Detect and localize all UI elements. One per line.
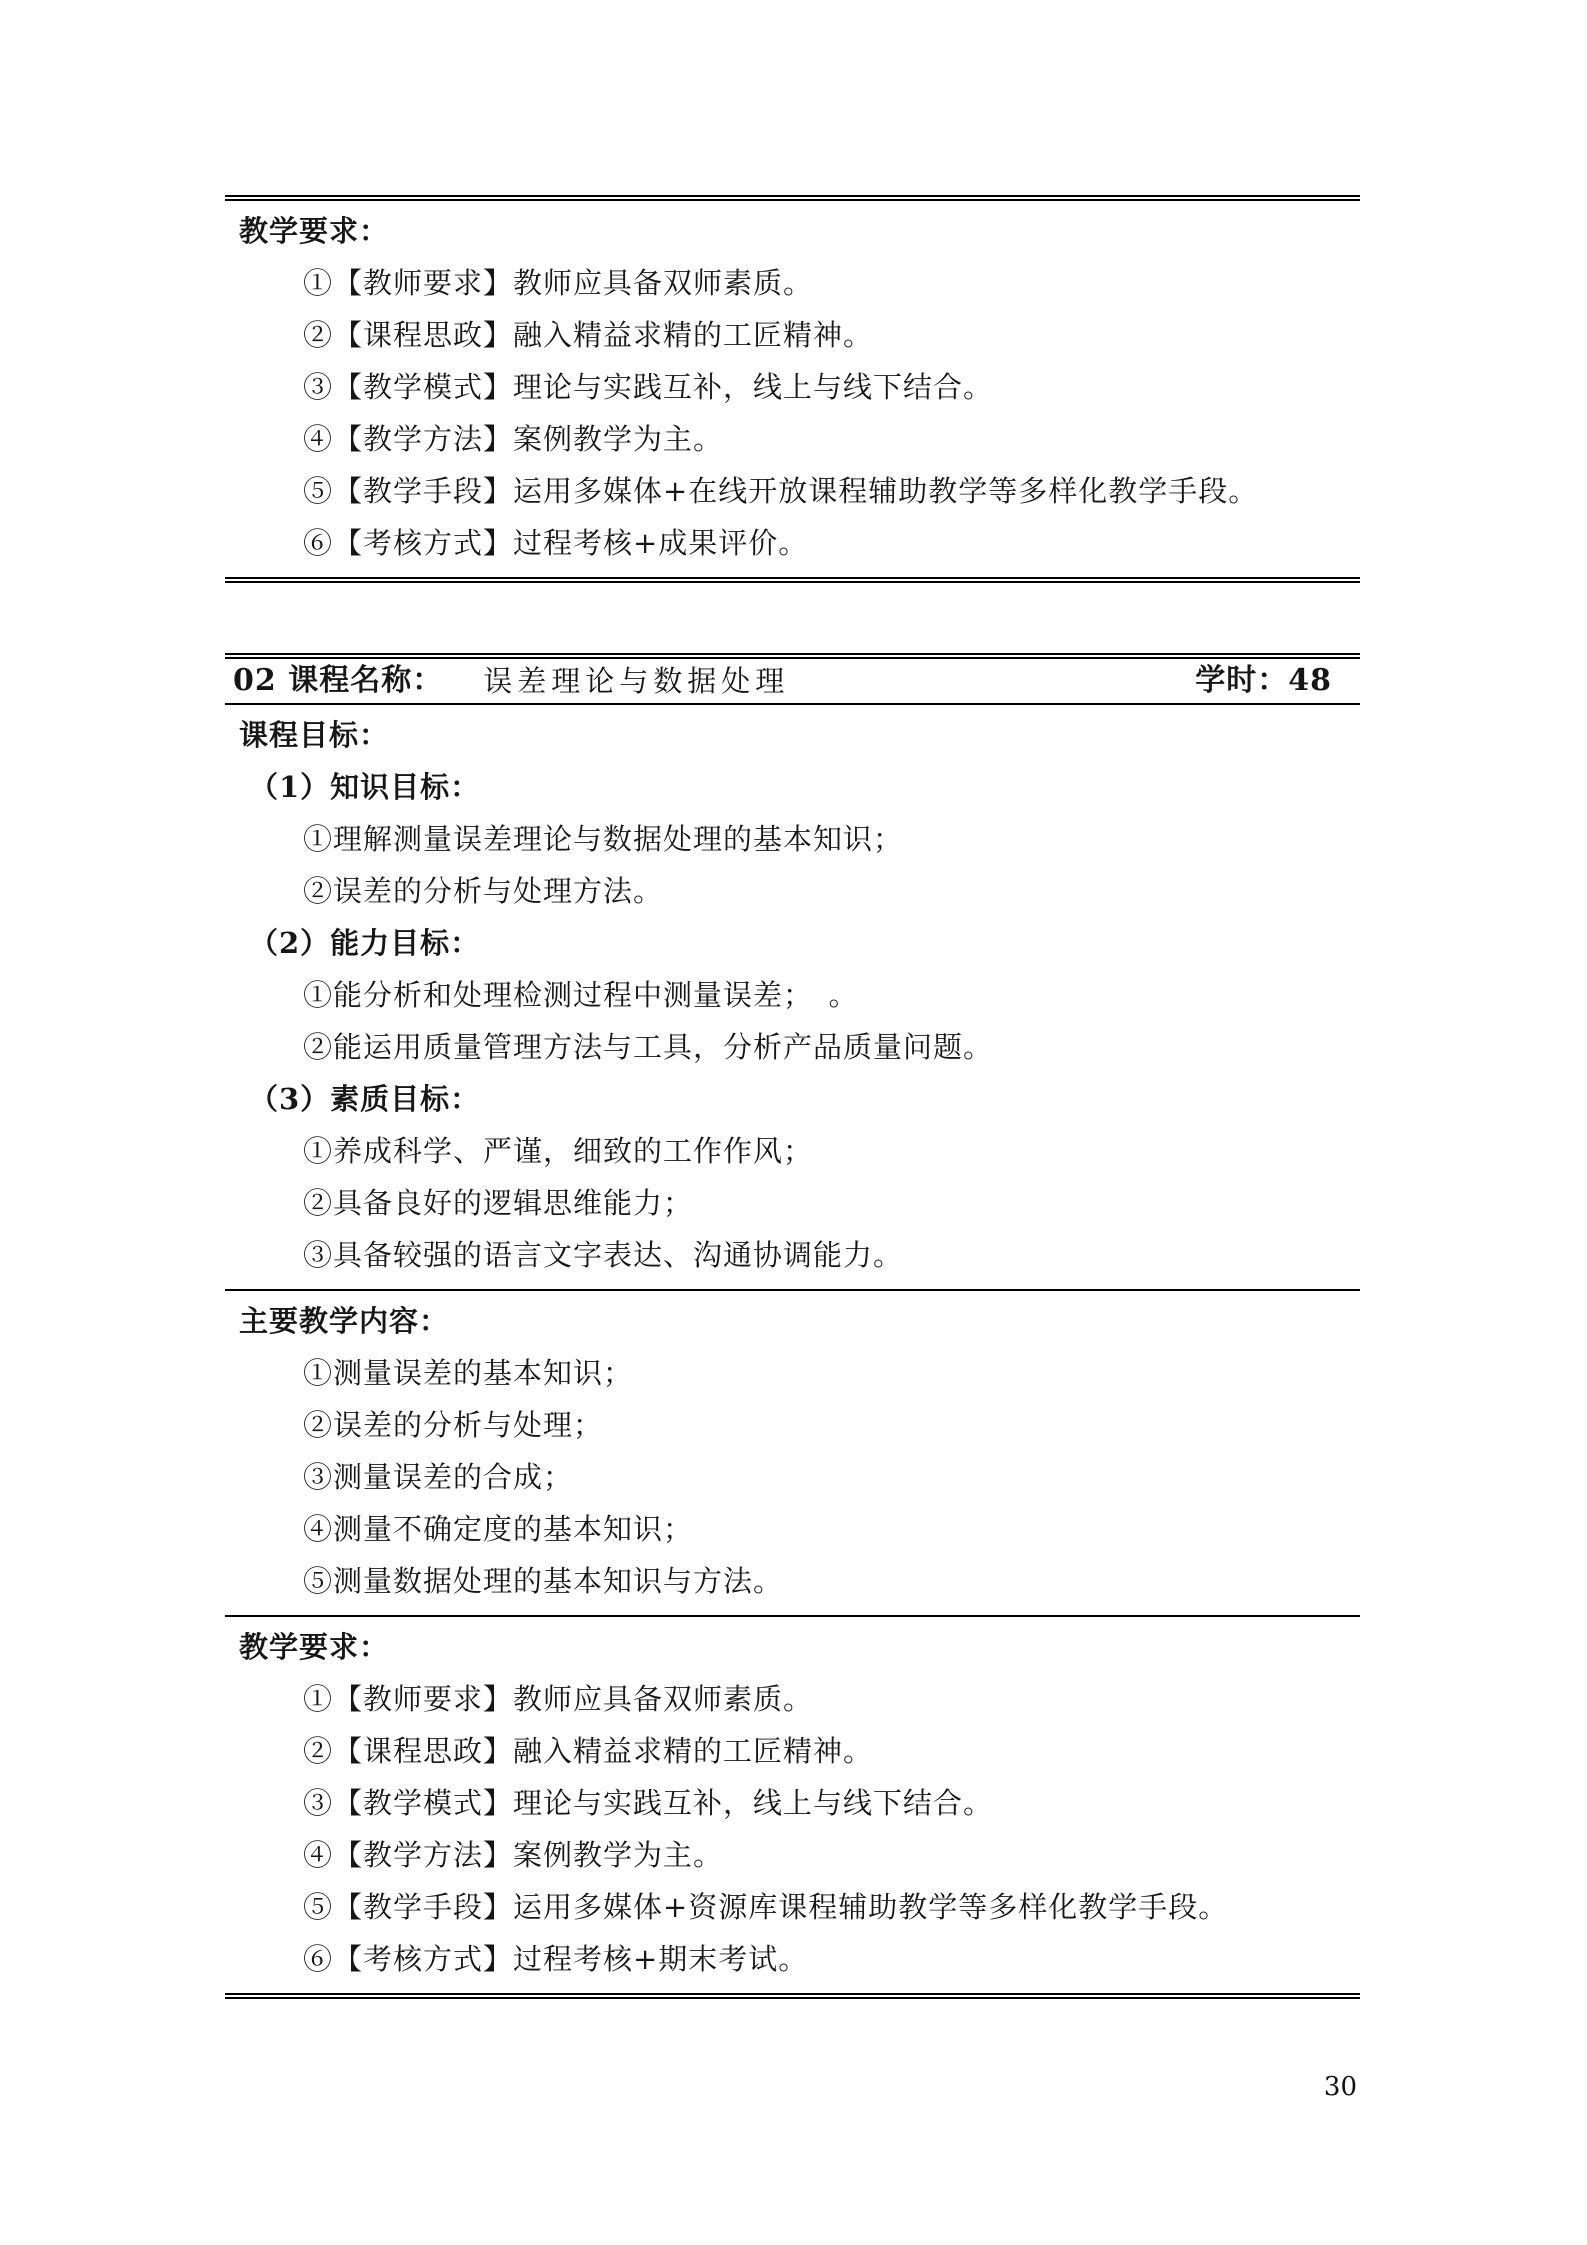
requirement-item: ②【课程思政】融入精益求精的工匠精神。 xyxy=(225,309,1360,361)
ability-objectives-title: （2）能力目标： xyxy=(225,917,1360,969)
page-number: 30 xyxy=(1324,2072,1357,2102)
objective-item: ①理解测量误差理论与数据处理的基本知识； xyxy=(225,813,1360,865)
objective-item: ②具备良好的逻辑思维能力； xyxy=(225,1177,1360,1229)
course-content-row: 主要教学内容： ①测量误差的基本知识；②误差的分析与处理；③测量误差的合成；④测… xyxy=(225,1291,1360,1615)
course-objectives-heading: 课程目标： xyxy=(225,709,1360,761)
content-item: ①测量误差的基本知识； xyxy=(225,1347,1360,1399)
table-border-bottom xyxy=(225,1993,1360,1999)
page-content: 教学要求： ①【教师要求】教师应具备双师素质。②【课程思政】融入精益求精的工匠精… xyxy=(225,195,1360,1999)
requirement-item: ①【教师要求】教师应具备双师素质。 xyxy=(225,257,1360,309)
requirement-item: ⑥【考核方式】过程考核+成果评价。 xyxy=(225,517,1360,569)
course-requirements-row: 教学要求： ①【教师要求】教师应具备双师素质。②【课程思政】融入精益求精的工匠精… xyxy=(225,1617,1360,1993)
requirement-item: ⑤【教学手段】运用多媒体+资源库课程辅助教学等多样化教学手段。 xyxy=(225,1881,1360,1933)
requirement-item: ②【课程思政】融入精益求精的工匠精神。 xyxy=(225,1725,1360,1777)
objective-item: ①能分析和处理检测过程中测量误差； 。 xyxy=(225,969,1360,1021)
requirement-item: ①【教师要求】教师应具备双师素质。 xyxy=(225,1673,1360,1725)
document-page: 教学要求： ①【教师要求】教师应具备双师素质。②【课程思政】融入精益求精的工匠精… xyxy=(0,0,1587,2245)
objective-item: ③具备较强的语言文字表达、沟通协调能力。 xyxy=(225,1229,1360,1281)
quality-objectives-title: （3）素质目标： xyxy=(225,1073,1360,1125)
prev-requirements-row: 教学要求： ①【教师要求】教师应具备双师素质。②【课程思政】融入精益求精的工匠精… xyxy=(225,201,1360,577)
requirement-item: ⑤【教学手段】运用多媒体+在线开放课程辅助教学等多样化教学手段。 xyxy=(225,465,1360,517)
requirement-item: ③【教学模式】理论与实践互补，线上与线下结合。 xyxy=(225,361,1360,413)
teaching-requirements-heading: 教学要求： xyxy=(225,205,1360,257)
course-header-row: 02 课程名称： 误差理论与数据处理 学时：48 xyxy=(225,659,1360,703)
objective-item: ②误差的分析与处理方法。 xyxy=(225,865,1360,917)
knowledge-objectives-title: （1）知识目标： xyxy=(225,761,1360,813)
content-item: ④测量不确定度的基本知识； xyxy=(225,1503,1360,1555)
content-item: ②误差的分析与处理； xyxy=(225,1399,1360,1451)
teaching-requirements-heading: 教学要求： xyxy=(225,1621,1360,1673)
content-item: ⑤测量数据处理的基本知识与方法。 xyxy=(225,1555,1360,1607)
teaching-content-heading: 主要教学内容： xyxy=(225,1295,1360,1347)
requirement-item: ④【教学方法】案例教学为主。 xyxy=(225,1829,1360,1881)
course-hours-value: 48 xyxy=(1288,663,1332,698)
objective-item: ②能运用质量管理方法与工具，分析产品质量问题。 xyxy=(225,1021,1360,1073)
knowledge-objectives-list: ①理解测量误差理论与数据处理的基本知识；②误差的分析与处理方法。 xyxy=(225,813,1360,917)
course-hours: 学时：48 xyxy=(1195,663,1360,699)
requirement-item: ④【教学方法】案例教学为主。 xyxy=(225,413,1360,465)
course-title: 误差理论与数据处理 xyxy=(483,663,789,699)
teaching-requirements-list: ①【教师要求】教师应具备双师素质。②【课程思政】融入精益求精的工匠精神。③【教学… xyxy=(225,257,1360,569)
course-objectives-row: 课程目标： （1）知识目标： ①理解测量误差理论与数据处理的基本知识；②误差的分… xyxy=(225,705,1360,1289)
content-item: ③测量误差的合成； xyxy=(225,1451,1360,1503)
course-name-label: 02 课程名称： xyxy=(225,663,443,699)
course-02-section: 02 课程名称： 误差理论与数据处理 学时：48 课程目标： （1）知识目标： … xyxy=(225,653,1360,1999)
requirement-item: ⑥【考核方式】过程考核+期末考试。 xyxy=(225,1933,1360,1985)
teaching-content-list: ①测量误差的基本知识；②误差的分析与处理；③测量误差的合成；④测量不确定度的基本… xyxy=(225,1347,1360,1607)
objective-item: ①养成科学、严谨，细致的工作作风； xyxy=(225,1125,1360,1177)
ability-objectives-list: ①能分析和处理检测过程中测量误差； 。②能运用质量管理方法与工具，分析产品质量问… xyxy=(225,969,1360,1073)
teaching-requirements-list: ①【教师要求】教师应具备双师素质。②【课程思政】融入精益求精的工匠精神。③【教学… xyxy=(225,1673,1360,1985)
quality-objectives-list: ①养成科学、严谨，细致的工作作风；②具备良好的逻辑思维能力；③具备较强的语言文字… xyxy=(225,1125,1360,1281)
prev-course-section: 教学要求： ①【教师要求】教师应具备双师素质。②【课程思政】融入精益求精的工匠精… xyxy=(225,195,1360,583)
table-border-bottom xyxy=(225,577,1360,583)
requirement-item: ③【教学模式】理论与实践互补，线上与线下结合。 xyxy=(225,1777,1360,1829)
course-hours-label: 学时： xyxy=(1195,663,1288,698)
